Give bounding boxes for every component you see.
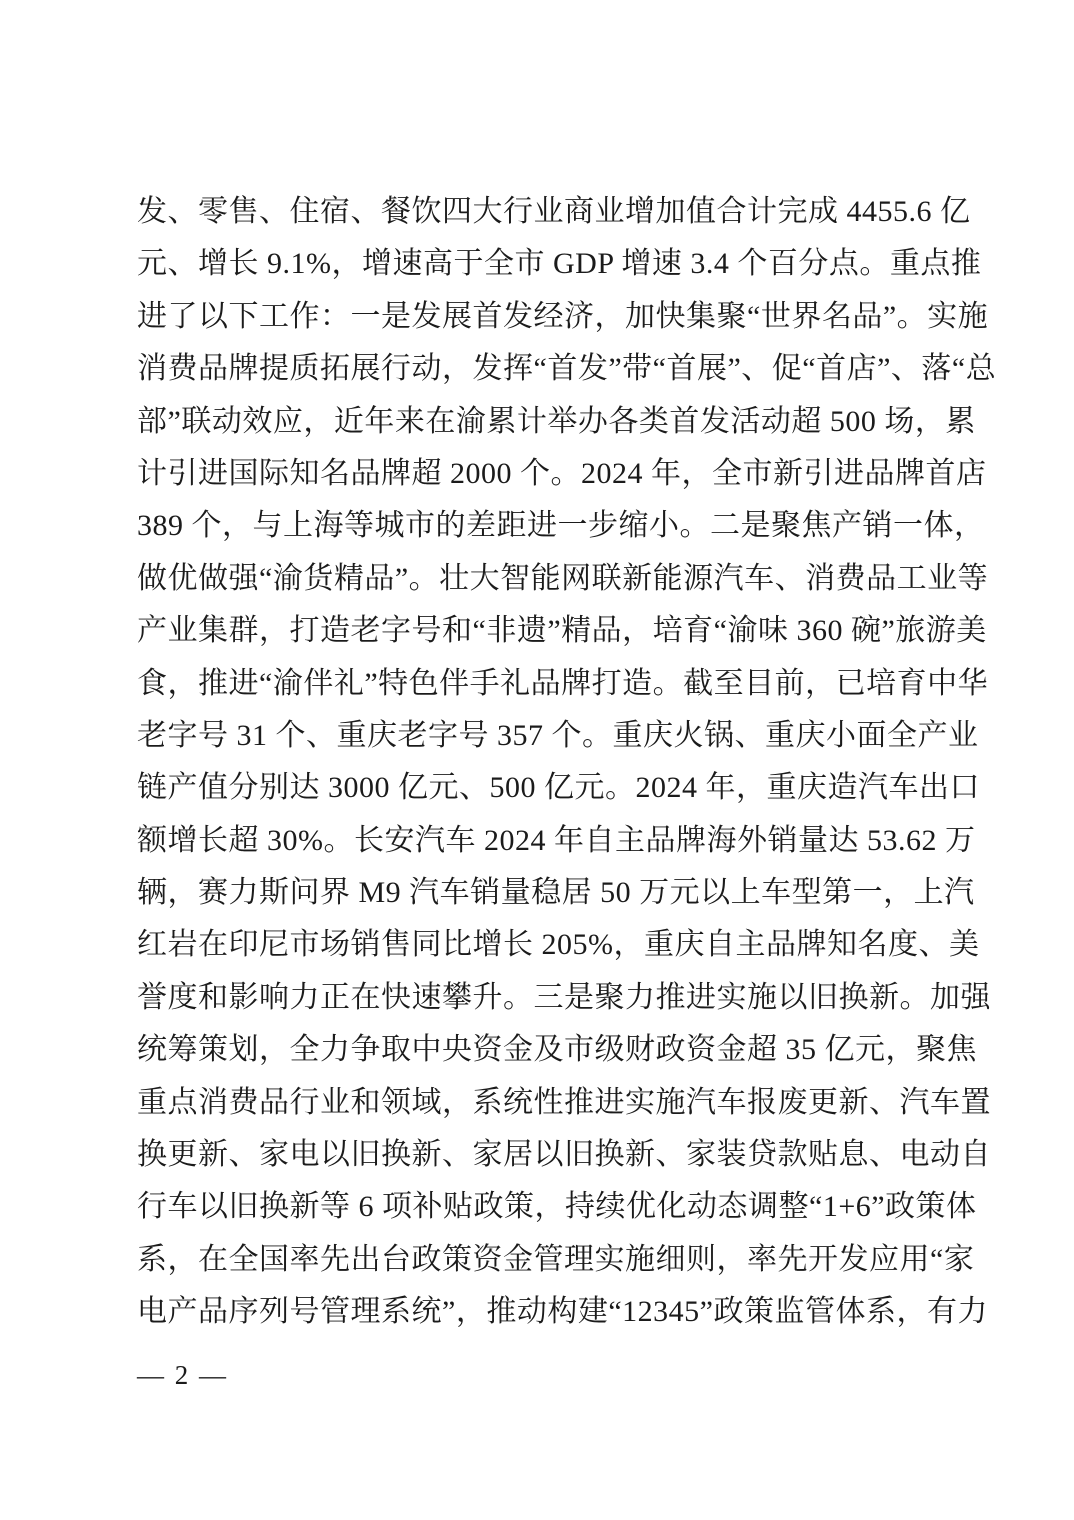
text-line: 产业集群，打造老字号和“非遗”精品，培育“渝味 360 碗”旅游美 bbox=[137, 605, 933, 657]
text-line: 老字号 31 个、重庆老字号 357 个。重庆火锅、重庆小面全产业 bbox=[137, 710, 933, 762]
text-line: 重点消费品行业和领域，系统性推进实施汽车报废更新、汽车置 bbox=[137, 1077, 933, 1129]
text-line: 链产值分别达 3000 亿元、500 亿元。2024 年，重庆造汽车出口 bbox=[137, 762, 933, 814]
text-line: 元、增长 9.1%，增速高于全市 GDP 增速 3.4 个百分点。重点推 bbox=[137, 238, 933, 290]
text-line: 换更新、家电以旧换新、家居以旧换新、家装贷款贴息、电动自 bbox=[137, 1129, 933, 1181]
text-line: 389 个，与上海等城市的差距进一步缩小。二是聚焦产销一体， bbox=[137, 500, 933, 552]
page-number: — 2 — bbox=[137, 1355, 228, 1395]
text-line: 做优做强“渝货精品”。壮大智能网联新能源汽车、消费品工业等 bbox=[137, 553, 933, 605]
text-line: 进了以下工作：一是发展首发经济，加快集聚“世界名品”。实施 bbox=[137, 291, 933, 343]
text-line: 系，在全国率先出台政策资金管理实施细则，率先开发应用“家 bbox=[137, 1234, 933, 1286]
text-line: 红岩在印尼市场销售同比增长 205%，重庆自主品牌知名度、美 bbox=[137, 919, 933, 971]
text-line: 消费品牌提质拓展行动，发挥“首发”带“首展”、促“首店”、落“总 bbox=[137, 343, 933, 395]
text-line: 额增长超 30%。长安汽车 2024 年自主品牌海外销量达 53.62 万 bbox=[137, 815, 933, 867]
text-line: 发、零售、住宿、餐饮四大行业商业增加值合计完成 4455.6 亿 bbox=[137, 186, 933, 238]
text-line: 统筹策划，全力争取中央资金及市级财政资金超 35 亿元，聚焦 bbox=[137, 1024, 933, 1076]
text-line: 电产品序列号管理系统”，推动构建“12345”政策监管体系，有力 bbox=[137, 1286, 933, 1338]
text-line: 计引进国际知名品牌超 2000 个。2024 年，全市新引进品牌首店 bbox=[137, 448, 933, 500]
text-line: 誉度和影响力正在快速攀升。三是聚力推进实施以旧换新。加强 bbox=[137, 972, 933, 1024]
document-body: 发、零售、住宿、餐饮四大行业商业增加值合计完成 4455.6 亿元、增长 9.1… bbox=[137, 186, 933, 1339]
text-line: 部”联动效应，近年来在渝累计举办各类首发活动超 500 场，累 bbox=[137, 396, 933, 448]
text-line: 食，推进“渝伴礼”特色伴手礼品牌打造。截至目前，已培育中华 bbox=[137, 658, 933, 710]
document-page: 发、零售、住宿、餐饮四大行业商业增加值合计完成 4455.6 亿元、增长 9.1… bbox=[0, 0, 1074, 1520]
text-line: 行车以旧换新等 6 项补贴政策，持续优化动态调整“1+6”政策体 bbox=[137, 1181, 933, 1233]
text-line: 辆，赛力斯问界 M9 汽车销量稳居 50 万元以上车型第一，上汽 bbox=[137, 867, 933, 919]
